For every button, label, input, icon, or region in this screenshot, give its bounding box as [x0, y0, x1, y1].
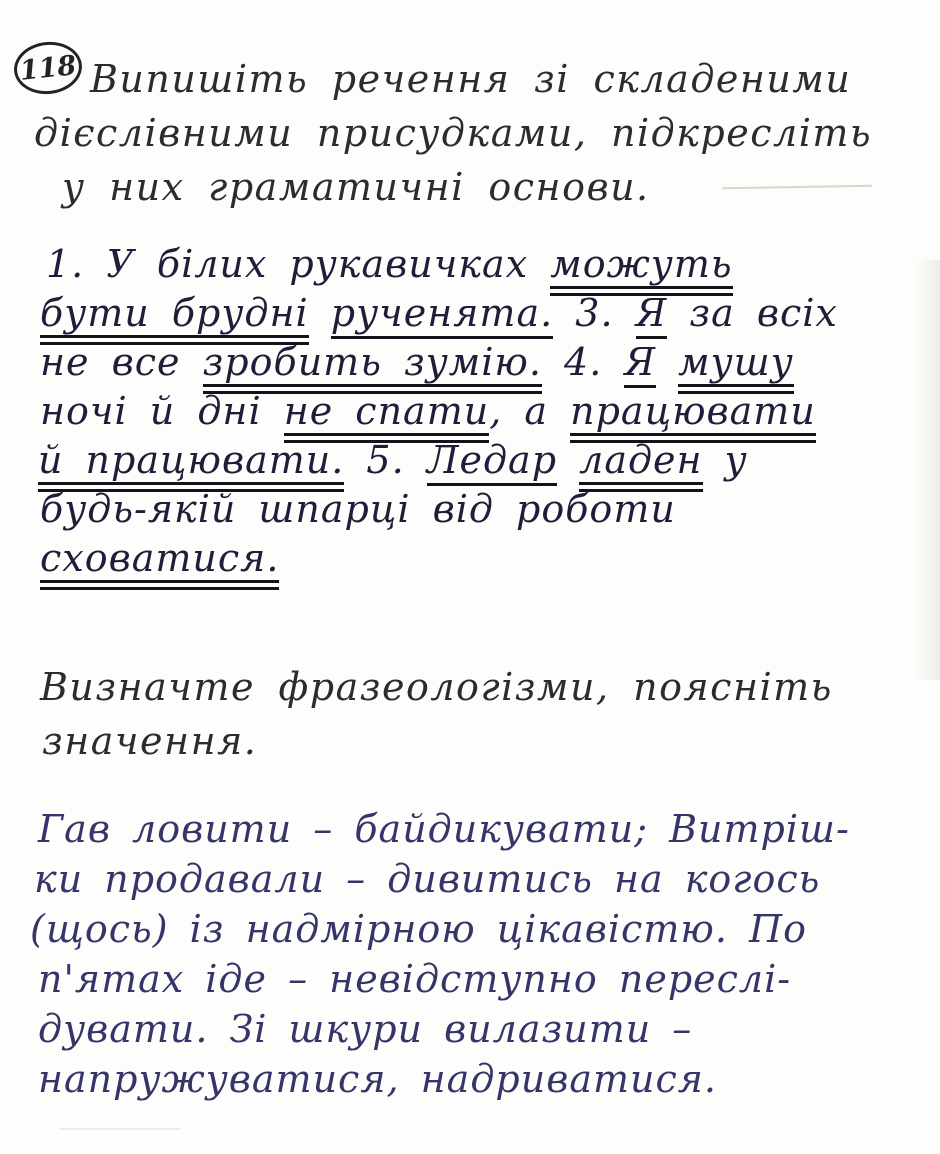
text-segment: дувати. Зі шкури вилазити –: [38, 1007, 692, 1051]
text-segment: Визначте фразеологізми, поясніть: [40, 665, 833, 709]
text-segment: дієслівними присудками, підкресліть: [34, 111, 872, 155]
text-segment: [557, 438, 579, 482]
handwritten-page: 118 Випишіть речення зі складенимидієслі…: [0, 0, 940, 1154]
text-segment: 5.: [344, 438, 426, 482]
text-segment: напружуватися, надриватися.: [38, 1057, 717, 1101]
text-line: сховатися.: [40, 534, 838, 583]
text-segment: , а: [489, 389, 570, 433]
text-line: й працювати. 5. Ледар ладен у: [38, 436, 838, 485]
text-segment: у: [703, 438, 748, 482]
text-segment: [309, 291, 331, 335]
scan-artifact-line: [60, 1128, 180, 1130]
predicate-underlined-word: бути брудні: [40, 291, 309, 345]
text-segment: [656, 340, 678, 384]
subject-underlined-word: Я: [624, 340, 656, 388]
text-segment: не все: [40, 340, 203, 384]
predicate-underlined-word: й працювати.: [38, 438, 344, 492]
text-segment: ночі й дні: [40, 389, 284, 433]
text-line: п'ятах іде – невідступно переслі-: [38, 954, 850, 1004]
predicate-underlined-word: зробить зумію.: [203, 340, 542, 394]
sentences-with-underlined-bases: 1. У білих рукавичках можутьбути брудні …: [0, 240, 838, 583]
scan-artifact-smudge: [916, 260, 940, 680]
instruction-2: Визначте фразеологізми, пояснітьзначення…: [0, 660, 833, 768]
predicate-underlined-word: не спати: [284, 389, 490, 443]
text-segment: п'ятах іде – невідступно переслі-: [38, 957, 791, 1001]
text-segment: 4.: [542, 340, 624, 384]
phraseology-answers: Гав ловити – байдикувати; Витріш-ки прод…: [0, 804, 850, 1104]
text-line: бути брудні рученята. 3. Я за всіх: [40, 289, 838, 338]
text-segment: 1. У білих рукавичках: [46, 242, 550, 286]
text-segment: ки продавали – дивитись на когось: [34, 857, 820, 901]
text-segment: Випишіть речення зі складеними: [90, 57, 851, 101]
text-segment: за всіх: [667, 291, 838, 335]
text-segment: 3.: [553, 291, 635, 335]
text-line: дієслівними присудками, підкресліть: [34, 106, 872, 160]
text-line: ночі й дні не спати, а працювати: [40, 387, 838, 436]
subject-underlined-word: Ледар: [427, 438, 557, 486]
text-line: ки продавали – дивитись на когось: [34, 854, 850, 904]
text-line: дувати. Зі шкури вилазити –: [38, 1004, 850, 1054]
predicate-underlined-word: ладен: [579, 438, 702, 492]
text-line: Випишіть речення зі складеними: [90, 52, 872, 106]
text-line: Гав ловити – байдикувати; Витріш-: [38, 804, 850, 854]
text-line: Визначте фразеологізми, поясніть: [40, 660, 833, 714]
predicate-underlined-word: можуть: [550, 242, 732, 296]
text-segment: Гав ловити – байдикувати; Витріш-: [38, 807, 850, 851]
text-line: у них граматичні основи.: [62, 160, 872, 214]
text-line: 1. У білих рукавичках можуть: [46, 240, 838, 289]
text-segment: будь-якій шпарці від роботи: [40, 487, 676, 531]
text-line: напружуватися, надриватися.: [38, 1054, 850, 1104]
text-line: значення.: [42, 714, 833, 768]
subject-underlined-word: рученята.: [331, 291, 553, 339]
text-line: будь-якій шпарці від роботи: [40, 485, 838, 534]
predicate-underlined-word: мушу: [678, 340, 794, 394]
predicate-underlined-word: працювати: [570, 389, 816, 443]
text-segment: значення.: [42, 719, 257, 763]
predicate-underlined-word: сховатися.: [40, 536, 279, 590]
text-line: не все зробить зумію. 4. Я мушу: [40, 338, 838, 387]
text-segment: (щось) із надмірною цікавістю. По: [30, 907, 807, 951]
subject-underlined-word: Я: [636, 291, 668, 339]
text-line: (щось) із надмірною цікавістю. По: [30, 904, 850, 954]
text-segment: у них граматичні основи.: [62, 165, 650, 209]
instruction-1: Випишіть речення зі складенимидієслівним…: [0, 52, 872, 214]
